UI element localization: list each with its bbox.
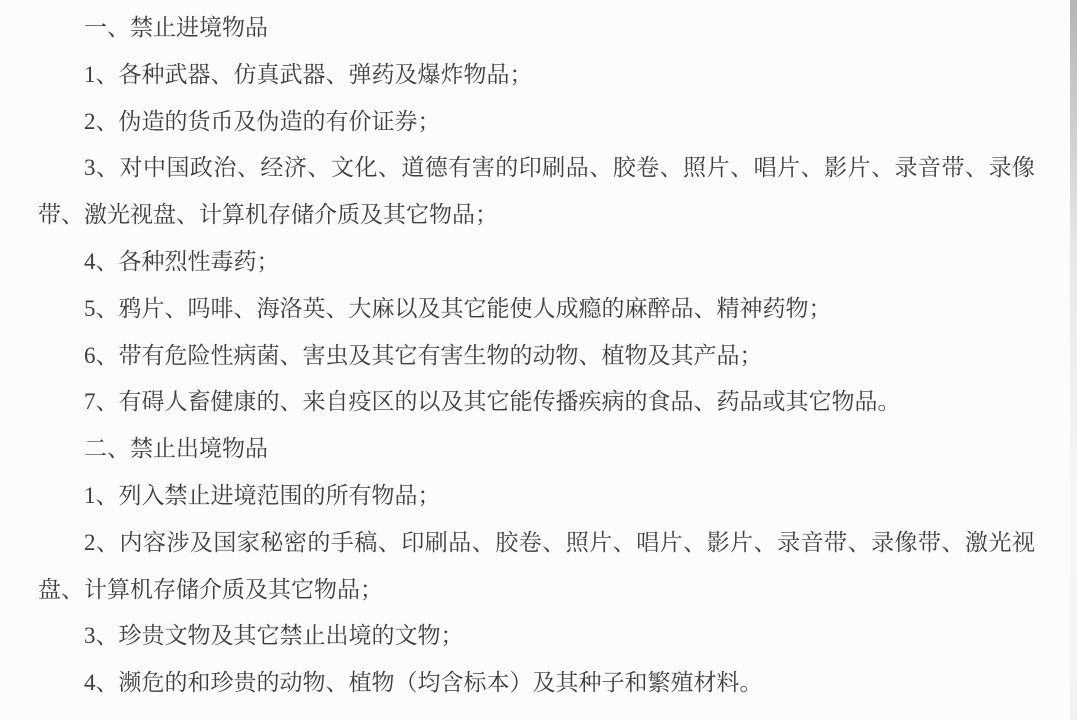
document-page: 一、禁止进境物品 1、各种武器、仿真武器、弹药及爆炸物品； 2、伪造的货币及伪造… [0,0,1077,720]
entry-item-5: 5、鸦片、吗啡、海洛英、大麻以及其它能使人成瘾的麻醉品、精神药物； [38,286,1035,333]
exit-item-3: 3、珍贵文物及其它禁止出境的文物； [38,613,1035,660]
exit-item-2: 2、内容涉及国家秘密的手稿、印刷品、胶卷、照片、唱片、影片、录音带、录像带、激光… [38,520,1035,614]
section-heading-prohibited-entry: 一、禁止进境物品 [38,5,1035,52]
exit-item-4: 4、濒危的和珍贵的动物、植物（均含标本）及其种子和繁殖材料。 [38,660,1035,707]
entry-item-6: 6、带有危险性病菌、害虫及其它有害生物的动物、植物及其产品； [38,333,1035,380]
entry-item-2: 2、伪造的货币及伪造的有价证券； [38,99,1035,146]
entry-item-3: 3、对中国政治、经济、文化、道德有害的印刷品、胶卷、照片、唱片、影片、录音带、录… [38,145,1035,239]
entry-item-7: 7、有碍人畜健康的、来自疫区的以及其它能传播疾病的食品、药品或其它物品。 [38,379,1035,426]
entry-item-4: 4、各种烈性毒药； [38,239,1035,286]
section-heading-prohibited-exit: 二、禁止出境物品 [38,426,1035,473]
entry-item-1: 1、各种武器、仿真武器、弹药及爆炸物品； [38,52,1035,99]
exit-item-1: 1、列入禁止进境范围的所有物品； [38,473,1035,520]
